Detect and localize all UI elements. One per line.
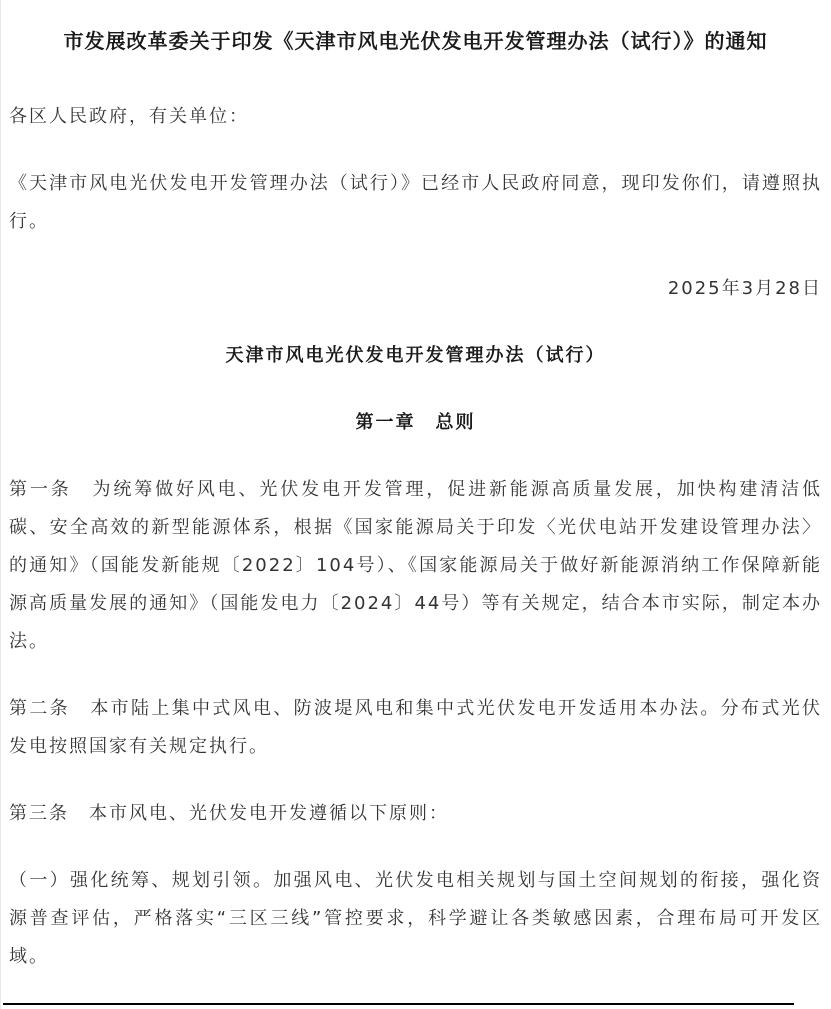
document-page: 市发展改革委关于印发《天津市风电光伏发电开发管理办法（试行）》的通知 各区人民政… <box>0 0 831 1009</box>
issue-date: 2025年3月28日 <box>9 270 822 308</box>
notice-title: 市发展改革委关于印发《天津市风电光伏发电开发管理办法（试行）》的通知 <box>9 26 822 56</box>
article-3: 第三条 本市风电、光伏发电开发遵循以下原则： <box>9 795 822 833</box>
notice-body-paragraph: 《天津市风电光伏发电开发管理办法（试行）》已经市人民政府同意，现印发你们，请遵照… <box>9 165 822 241</box>
bottom-horizontal-rule <box>3 1003 794 1005</box>
measures-title: 天津市风电光伏发电开发管理办法（试行） <box>9 337 822 375</box>
salutation: 各区人民政府，有关单位： <box>9 98 822 136</box>
chapter-heading: 第一章 总则 <box>9 404 822 442</box>
article-1: 第一条 为统筹做好风电、光伏发电开发管理，促进新能源高质量发展，加快构建清洁低碳… <box>9 471 822 661</box>
article-2: 第二条 本市陆上集中式风电、防波堤风电和集中式光伏发电开发适用本办法。分布式光伏… <box>9 690 822 766</box>
article-3-item-1: （一）强化统筹、规划引领。加强风电、光伏发电相关规划与国土空间规划的衔接，强化资… <box>9 862 822 976</box>
